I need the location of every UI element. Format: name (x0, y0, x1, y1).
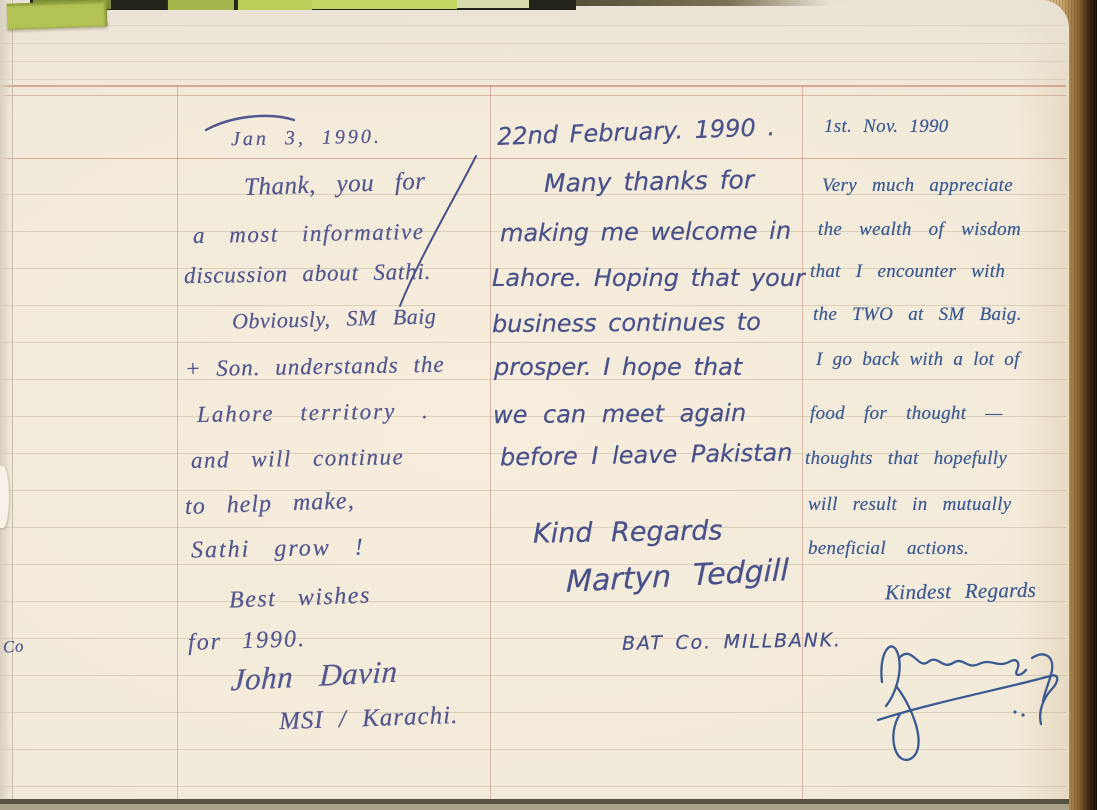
handwritten-line: Lahore. Hoping that your (492, 266, 805, 290)
handwritten-line: Many thanks for (544, 167, 755, 196)
handwritten-line: to help make, (185, 489, 355, 519)
handwritten-line: beneficial actions. (808, 539, 969, 558)
column-divider-line (177, 85, 178, 799)
handwritten-line: + Son. understands the (185, 353, 445, 381)
entry1-date: Jan 3, 1990. (231, 127, 382, 150)
column-divider-line (490, 85, 491, 799)
entry2-affiliation: BAT Co. MILLBANK. (622, 631, 842, 654)
sticky-tab-edge (166, 0, 234, 10)
handwritten-line: and will continue (191, 445, 405, 472)
handwritten-line: for 1990. (188, 627, 307, 655)
handwritten-line: we can meet again (493, 401, 746, 427)
handwritten-line: making me welcome in (500, 219, 791, 246)
handwritten-line: Sathi grow ! (191, 535, 365, 562)
handwritten-line: Kind Regards (533, 517, 723, 547)
margin-note: Co (2, 637, 24, 655)
date-descender-flourish (396, 152, 480, 310)
sticky-tab-edge (236, 0, 312, 10)
entry2-date: 22nd February. 1990 . (497, 115, 776, 149)
handwritten-line: I go back with a lot of (816, 350, 1020, 369)
entry1-affiliation: MSI / Karachi. (279, 703, 459, 734)
guestbook-page: Co Jan 3, 1990. Thank, you for a most in… (0, 0, 1069, 804)
handwritten-line: before I leave Pakistan (500, 440, 793, 469)
header-rule-line (0, 85, 1066, 87)
handwritten-line: Kindest Regards (885, 580, 1036, 604)
header-rule-line (0, 95, 1066, 96)
handwritten-line: food for thought — (810, 404, 1003, 423)
handwritten-line: the TWO at SM Baig. (813, 305, 1022, 324)
sticky-tab-front (7, 0, 108, 29)
handwritten-line: the wealth of wisdom (818, 220, 1021, 239)
handwritten-line: Very much appreciate (822, 176, 1013, 195)
book-top-edge (576, 0, 830, 6)
handwritten-line: will result in mutually (808, 495, 1012, 514)
feint-ruling-top (0, 8, 1066, 86)
entry3-signature-scribble (866, 620, 1070, 770)
sticky-tab-edge (312, 0, 457, 9)
guestbook-scan: Co Jan 3, 1990. Thank, you for a most in… (0, 0, 1097, 810)
handwritten-line: discussion about Sathi. (184, 260, 432, 287)
handwritten-line: that I encounter with (810, 262, 1005, 281)
handwritten-line: Lahore territory . (197, 399, 430, 426)
header-rule-line (0, 158, 1066, 159)
page-left-edge (0, 0, 13, 804)
handwritten-line: a most informative (193, 220, 425, 247)
handwritten-line: business continues to (492, 310, 761, 336)
entry1-signature: John Davin (230, 656, 398, 696)
sticky-tab-edge (457, 0, 529, 8)
handwritten-line: thoughts that hopefully (805, 449, 1007, 468)
page-bottom-sliver (0, 804, 1069, 810)
handwritten-line: Best wishes (229, 584, 372, 613)
entry3-date: 1st. Nov. 1990 (824, 117, 949, 136)
column-divider-line (802, 85, 803, 799)
handwritten-line: prosper. I hope that (494, 355, 742, 379)
